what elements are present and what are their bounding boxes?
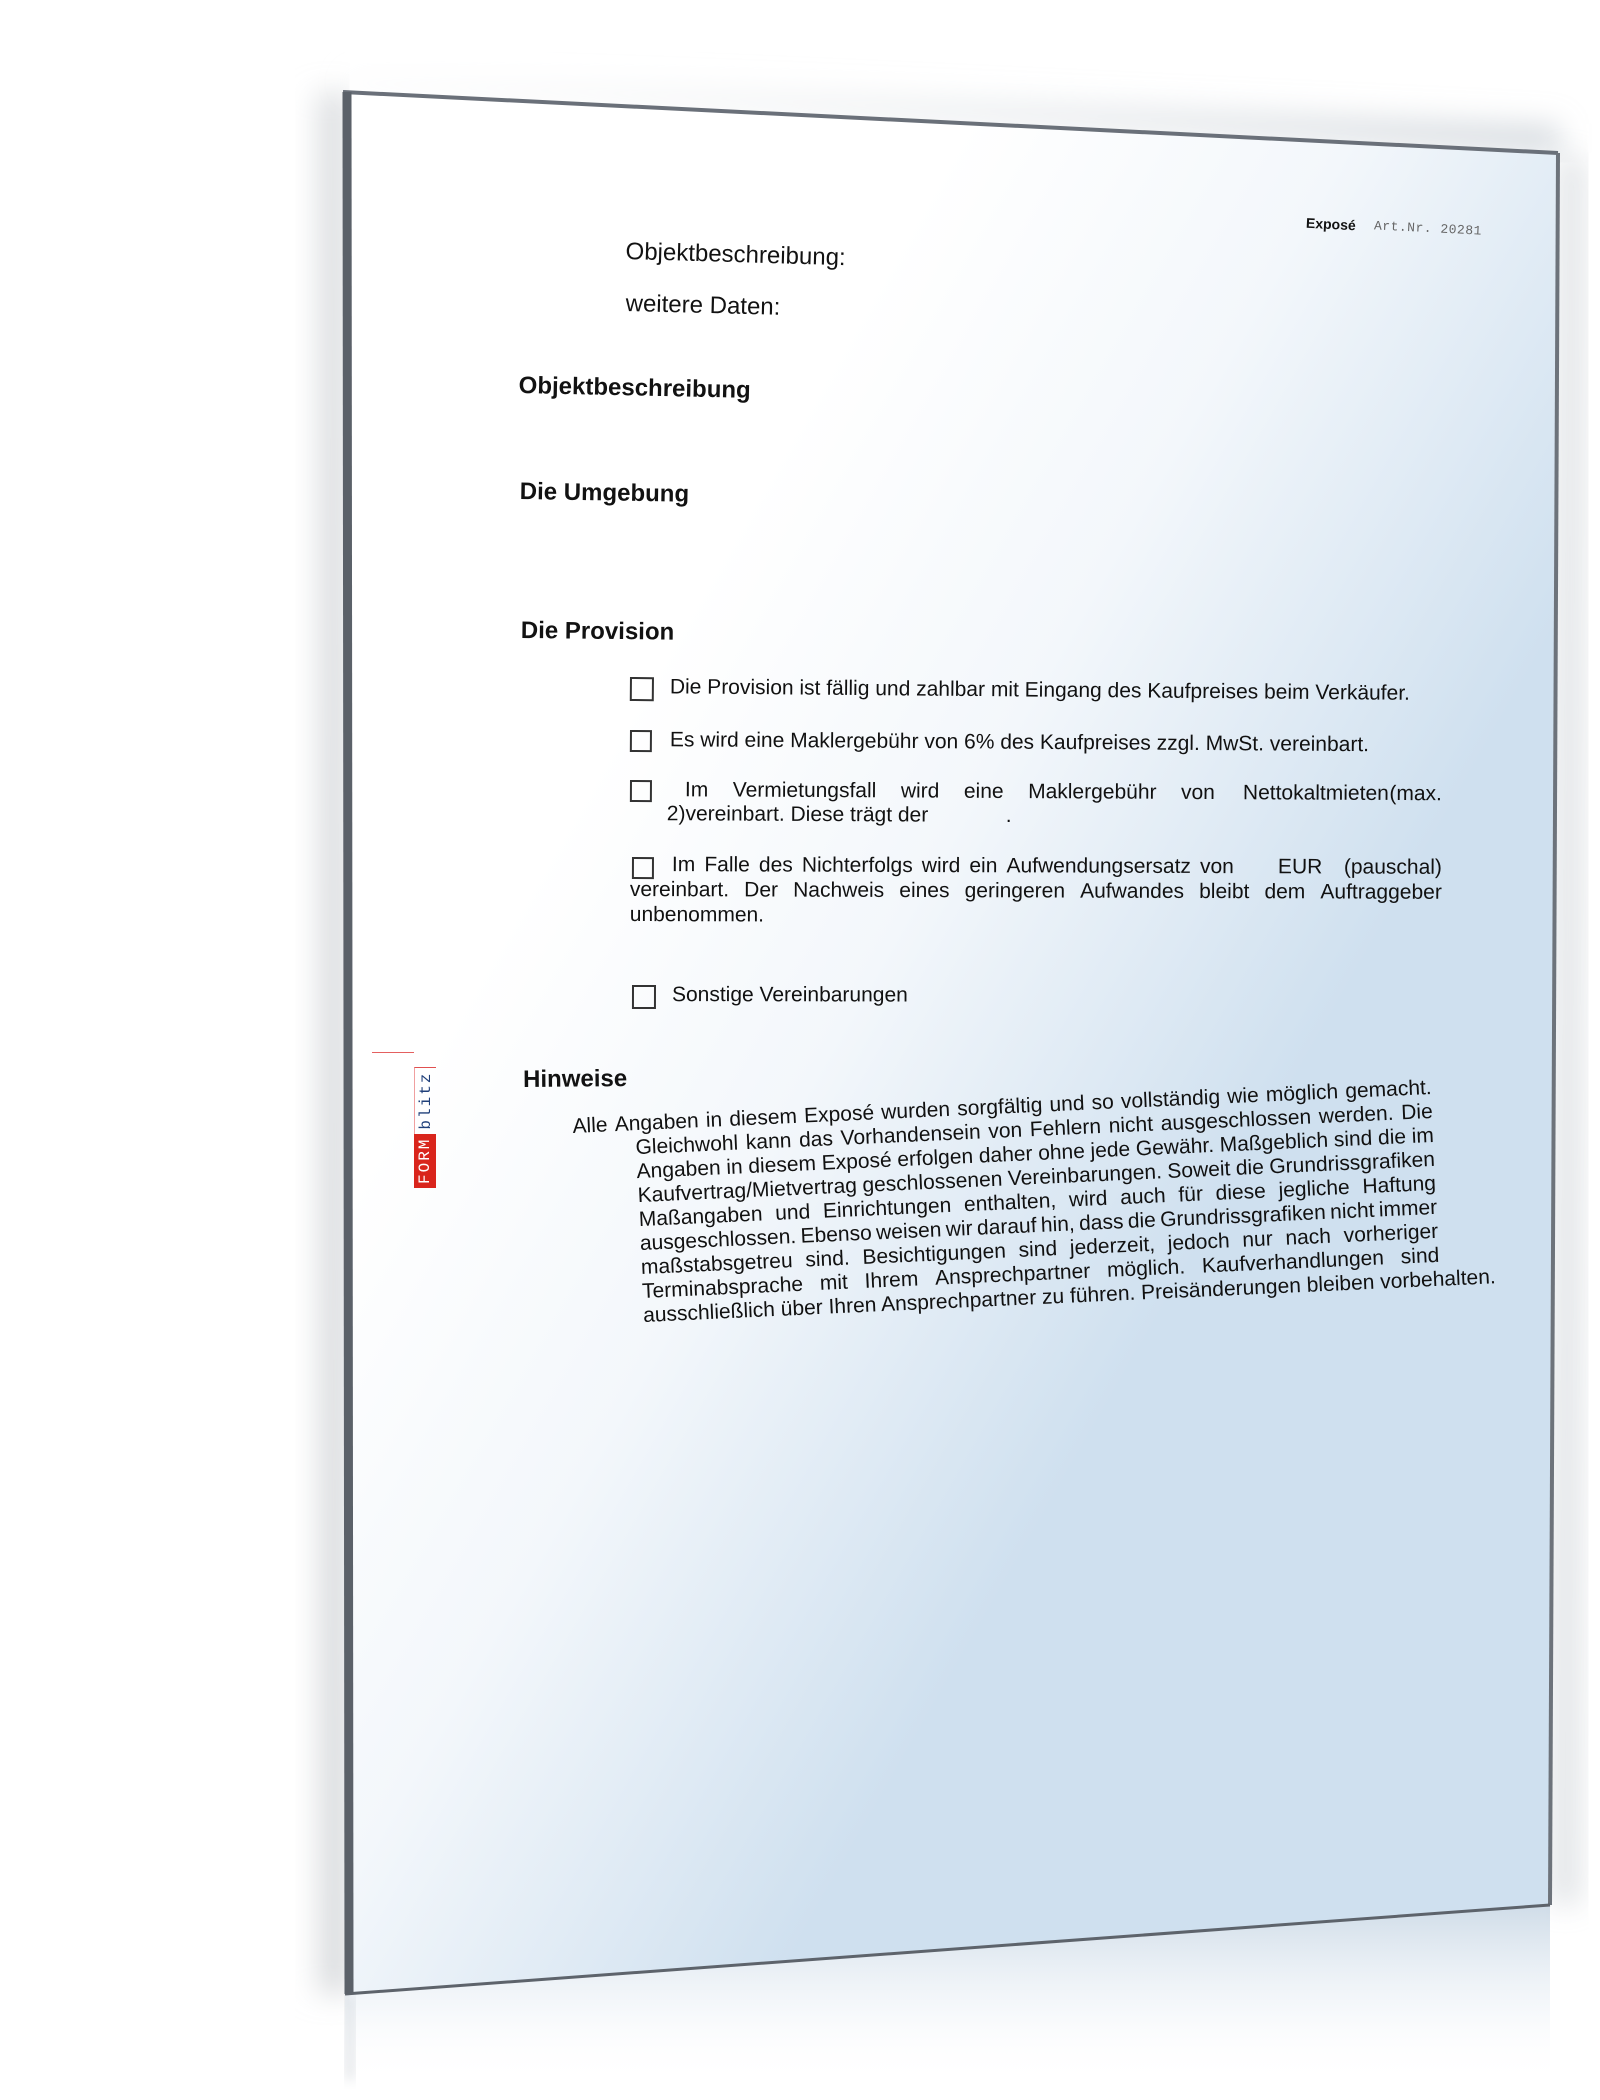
word: Nettokaltmieten xyxy=(1243,781,1389,806)
word: in xyxy=(705,1108,722,1133)
word: wird xyxy=(901,779,940,803)
logo-blitz: blitz xyxy=(414,1067,436,1134)
word: Vermietungsfall xyxy=(733,779,877,804)
word: möglich xyxy=(1265,1080,1338,1107)
word: (pauschal) xyxy=(1344,855,1442,879)
logo-rule xyxy=(372,1052,414,1053)
provision-checkbox-1[interactable] xyxy=(630,677,654,701)
heading-umgebung: Die Umgebung xyxy=(520,478,690,509)
provision-checkbox-2[interactable] xyxy=(630,730,652,752)
word: geringeren xyxy=(965,879,1065,903)
word: und xyxy=(1049,1092,1085,1118)
word: Aufwandes xyxy=(1080,880,1184,904)
provision-option-text: unbenommen. xyxy=(630,903,764,927)
word: Maklergebühr xyxy=(1028,780,1157,805)
formblitz-logo: FORM blitz xyxy=(414,1067,436,1188)
word: Nachweis xyxy=(793,879,884,903)
word: Falle xyxy=(704,853,750,877)
word: ein xyxy=(969,854,997,878)
word: so xyxy=(1091,1090,1114,1115)
heading-provision: Die Provision xyxy=(521,617,675,647)
word: vereinbart. xyxy=(630,878,729,902)
provision-checkbox-3[interactable] xyxy=(630,780,652,802)
word: Aufwendungsersatz xyxy=(1006,854,1191,879)
word: Auftraggeber xyxy=(1320,880,1442,904)
provision-checkbox-5[interactable] xyxy=(632,985,656,1009)
provision-option-text: . xyxy=(1006,804,1012,828)
logo-form: FORM xyxy=(414,1134,436,1188)
heading-objektbeschreibung: Objektbeschreibung xyxy=(518,372,751,405)
word: von xyxy=(1181,781,1215,805)
document-title: Exposé xyxy=(1306,215,1357,233)
provision-option-text: EUR(pauschal) xyxy=(1278,855,1442,880)
provision-option-text: Sonstige Vereinbarungen xyxy=(672,983,908,1007)
provision-option-text: ImFalledesNichterfolgswirdeinAufwendungs… xyxy=(672,853,1234,879)
document-preview: Exposé Art.Nr. 20281 Objektbeschreibung:… xyxy=(0,0,1600,2100)
word: Exposé xyxy=(804,1101,875,1128)
word: des xyxy=(759,853,793,877)
word: Im xyxy=(672,853,695,877)
word: Im xyxy=(685,778,708,802)
heading-hinweise: Hinweise xyxy=(523,1065,627,1094)
provision-option-text: Nettokaltmieten(max. xyxy=(1243,781,1442,806)
provision-option-text: 2)vereinbart. Diese trägt der xyxy=(667,802,929,827)
word: (max. xyxy=(1389,782,1442,806)
word: Alle xyxy=(572,1113,608,1139)
word: wie xyxy=(1227,1084,1260,1109)
word: EUR xyxy=(1278,855,1322,879)
word: Nichterfolgs xyxy=(802,854,913,878)
word: wurden xyxy=(881,1098,951,1125)
field-weitere-daten-label: weitere Daten: xyxy=(625,290,780,322)
word: wird xyxy=(922,854,961,878)
word: eine xyxy=(964,780,1004,804)
word: dem xyxy=(1264,880,1305,904)
word: bleibt xyxy=(1199,880,1249,904)
word: Der xyxy=(744,878,778,902)
word: von xyxy=(1200,855,1234,879)
provision-option-text: vereinbart.DerNachweiseinesgeringerenAuf… xyxy=(630,878,1442,905)
word: diesem xyxy=(729,1105,798,1132)
provision-option-text: Es wird eine Maklergebühr von 6% des Kau… xyxy=(670,728,1369,757)
provision-option-text: ImVermietungsfallwirdeineMaklergebührvon xyxy=(685,778,1215,805)
provision-checkbox-4[interactable] xyxy=(632,857,654,879)
page-background xyxy=(0,0,1600,2100)
word: eines xyxy=(899,879,949,903)
